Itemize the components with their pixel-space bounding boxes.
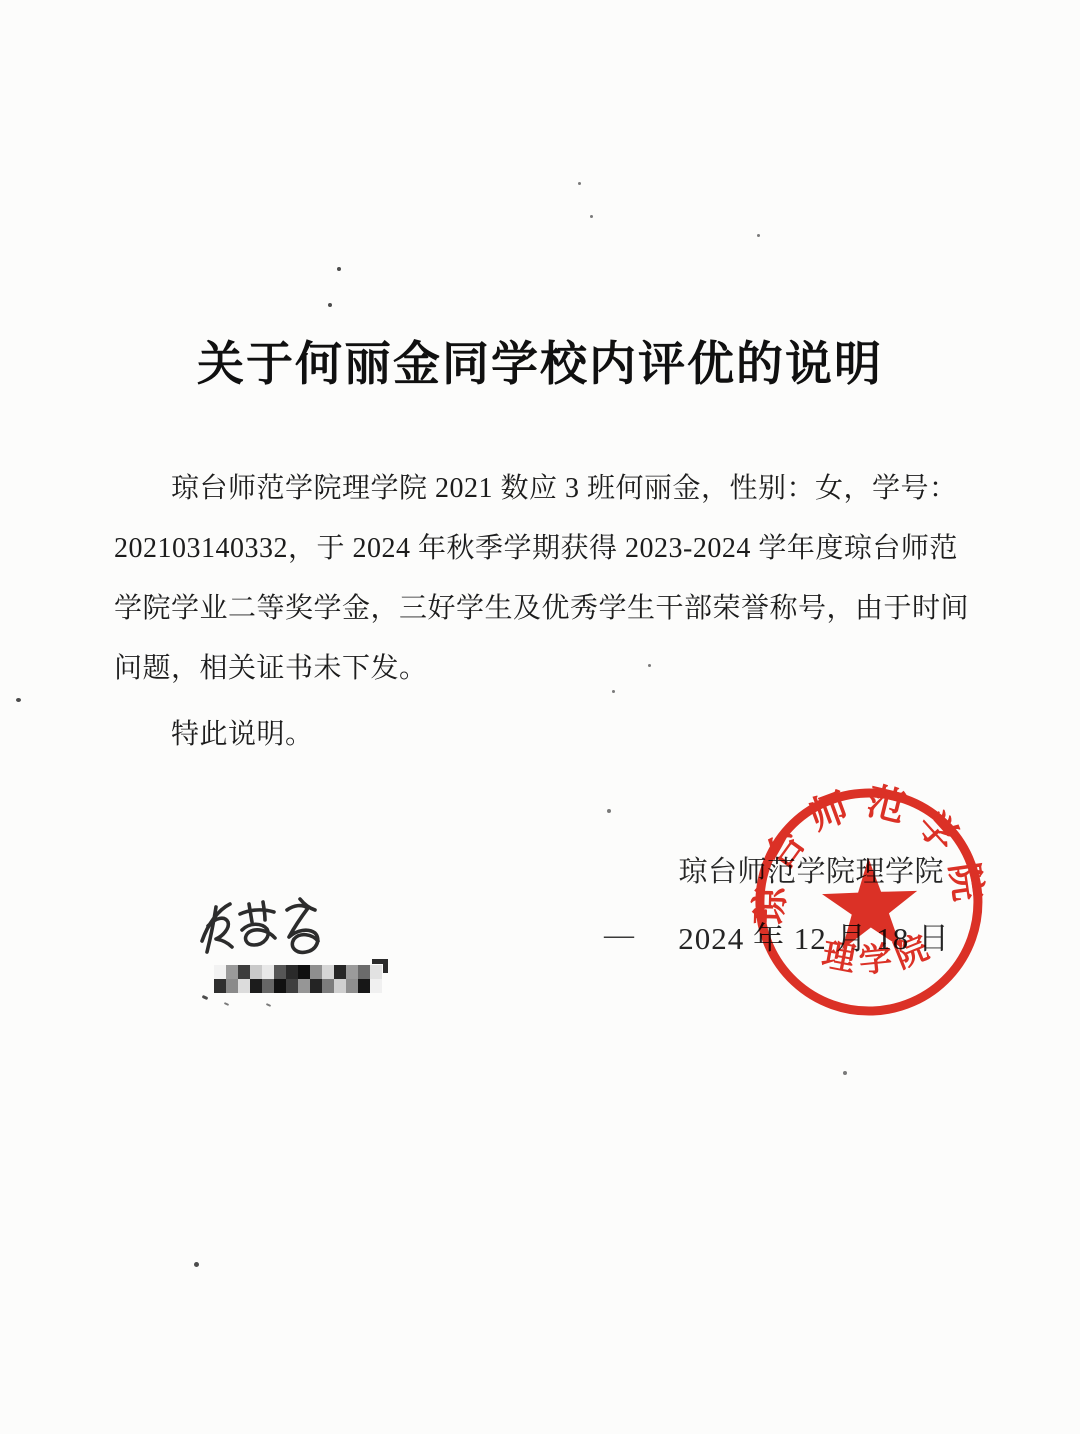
signature-stroke	[287, 899, 318, 952]
scanned-document-page: 关于何丽金同学校内评优的说明 琼台师范学院理学院 2021 数应 3 班何丽金，…	[0, 0, 1080, 1434]
censor-corner-mark	[372, 959, 388, 973]
signature-stroke	[240, 902, 275, 945]
censor-pixel	[358, 965, 370, 979]
censor-pixel	[310, 965, 322, 979]
censor-pixel	[262, 965, 274, 979]
censor-pixel	[322, 979, 334, 993]
handwritten-signature	[192, 896, 342, 966]
censor-pixel	[358, 979, 370, 993]
censor-pixel	[250, 965, 262, 979]
censor-mosaic	[214, 965, 382, 993]
scan-speck	[578, 182, 581, 185]
scan-speck	[757, 234, 760, 237]
scan-speck	[843, 1071, 847, 1075]
censor-pixel	[310, 979, 322, 993]
document-title: 关于何丽金同学校内评优的说明	[0, 327, 1080, 394]
stray-dash-mark: —	[604, 918, 634, 952]
censor-pixel	[286, 965, 298, 979]
scan-speck	[328, 303, 332, 307]
censor-pixel	[274, 979, 286, 993]
censor-pixel	[214, 965, 226, 979]
scan-speck	[337, 267, 341, 271]
censor-pixel	[322, 965, 334, 979]
scan-speck	[612, 690, 615, 693]
scan-speck	[607, 809, 611, 813]
censor-pixel	[238, 979, 250, 993]
censor-pixel	[286, 979, 298, 993]
seal-bottom-text: 理学院	[818, 925, 941, 981]
document-body: 琼台师范学院理学院 2021 数应 3 班何丽金，性别：女，学号： 202103…	[114, 459, 960, 765]
censor-pixel	[346, 965, 358, 979]
scan-speck	[266, 1003, 271, 1007]
censor-pixel	[214, 979, 226, 993]
censor-pixel	[334, 965, 346, 979]
body-line-4: 问题，相关证书未下发。	[114, 639, 960, 699]
scan-speck	[648, 664, 651, 667]
scan-speck	[224, 1002, 229, 1006]
censor-pixel	[298, 979, 310, 993]
censor-pixel	[346, 979, 358, 993]
body-line-2: 202103140332，于 2024 年秋季学期获得 2023-2024 学年…	[114, 519, 960, 579]
censor-pixel	[226, 965, 238, 979]
scan-speck	[194, 1262, 199, 1267]
official-seal-stamp: 琼台师范学院 理学院	[746, 780, 994, 1028]
closing-line: 特此说明。	[114, 705, 960, 765]
scan-speck	[590, 215, 593, 218]
censor-pixel	[226, 979, 238, 993]
signature-stroke	[202, 904, 232, 952]
scan-speck	[16, 698, 21, 702]
censor-pixel	[370, 979, 382, 993]
censor-pixel	[262, 979, 274, 993]
scan-speck	[202, 995, 209, 1000]
censor-pixel	[238, 965, 250, 979]
censor-pixel	[274, 965, 286, 979]
body-line-1: 琼台师范学院理学院 2021 数应 3 班何丽金，性别：女，学号：	[114, 459, 960, 519]
censor-pixel	[298, 965, 310, 979]
censor-pixel	[334, 979, 346, 993]
body-line-3: 学院学业二等奖学金，三好学生及优秀学生干部荣誉称号，由于时间	[114, 579, 960, 639]
censor-pixel	[250, 979, 262, 993]
